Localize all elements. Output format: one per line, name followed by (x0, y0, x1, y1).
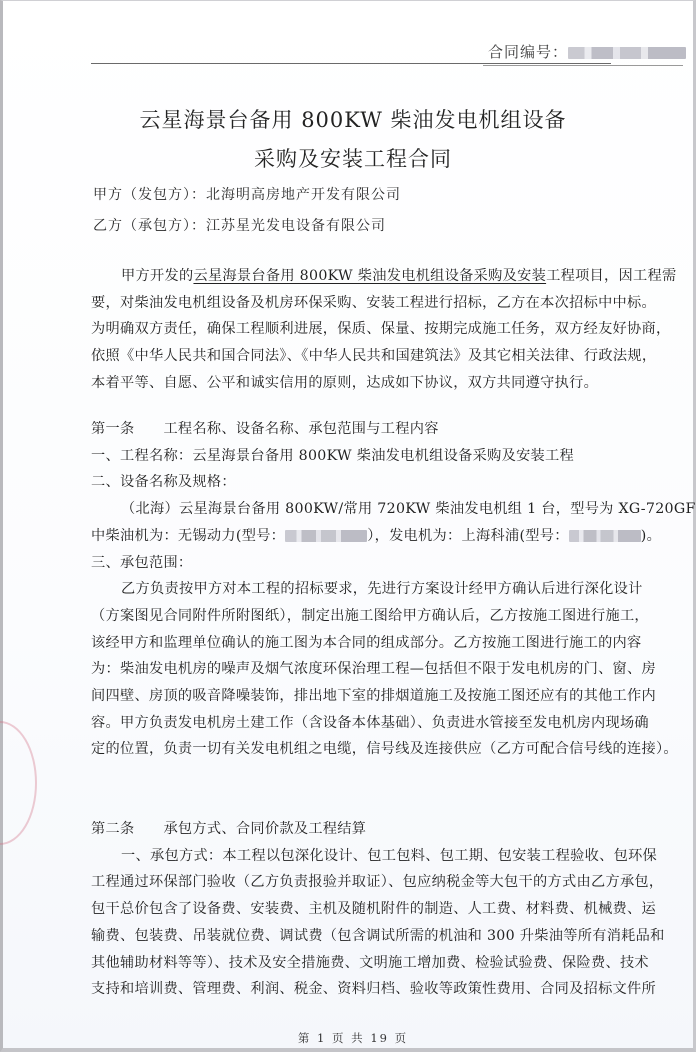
article-2-line-5: 其他辅助材料等等）、技术及安全措施费、文明施工增加费、检验试验费、保险费、技术 (91, 950, 683, 977)
article-2-heading: 第二条 承包方式、合同价款及工程结算 (91, 816, 683, 843)
spec-line-2-end: )。 (641, 528, 661, 544)
alternator-label: ），发电机为：上海科浦(型号： (367, 528, 569, 544)
scope-line-7: 定的位置，负责一切有关发电机组之电缆，信号线及连接供应（乙方可配合信号线的连接）… (91, 736, 683, 763)
engine-model-redacted (285, 530, 367, 542)
spec-line-2: 中柴油机为：无锡动力(型号：），发电机为：上海科浦(型号：)。 (91, 523, 683, 550)
document-page: 合同编号： 云星海景台备用 800KW 柴油发电机组设备 采购及安装工程合同 甲… (0, 0, 696, 1052)
contract-number: 合同编号： (488, 41, 686, 62)
header-rule (91, 63, 611, 64)
document-title-line1: 云星海景台备用 800KW 柴油发电机组设备 (3, 104, 700, 134)
scope-line-4: 为：柴油发电机房的噪声及烟气浓度环保治理工程—包括但不限于发电机房的门、窗、房 (91, 656, 683, 683)
header-rule-secondary (483, 65, 683, 66)
document-title-line2: 采购及安装工程合同 (3, 143, 700, 173)
article-1-heading: 第一条 工程名称、设备名称、承包范围与工程内容 (91, 416, 683, 443)
article-1: 第一条 工程名称、设备名称、承包范围与工程内容 一、工程名称：云星海景台备用 8… (91, 416, 683, 763)
intro-line-2: 要，对柴油发电机组设备及机房环保采购、安装工程进行招标，乙方在本次招标中中标。 (91, 290, 683, 317)
intro-prefix: 甲方开发的 (121, 268, 193, 284)
article-1-item-3: 三、承包范围： (91, 550, 683, 577)
intro-line-3: 为明确双方责任，确保工程顺利进展，保质、保量、按期完成施工任务，双方经友好协商， (91, 316, 683, 343)
article-2-line-6: 支持和培训费、管理费、利润、税金、资料归档、验收等政策性费用、合同及招标文件所 (91, 976, 683, 1003)
article-2-line-4: 输费、包装费、吊装就位费、调试费（包含调试所需的机油和 300 升柴油等所有消耗… (91, 923, 683, 950)
intro-line-1-rest: 工程项目，因工程需 (546, 268, 676, 284)
intro-line-4: 依照《中华人民共和国合同法》、《中华人民共和国建筑法》及其它相关法律、行政法规， (91, 343, 683, 370)
article-2-line-1: 一、承包方式：本工程以包深化设计、包工包料、包工期、包安装工程验收、包环保 (91, 843, 683, 870)
scope-line-2: （方案图见合同附件所附图纸），制定出施工图给甲方确认后，乙方按施工图进行施工， (91, 603, 683, 630)
contract-number-label: 合同编号： (488, 43, 568, 61)
scope-line-6: 容。甲方负责发电机房土建工作（含设备本体基础）、负责进水管接至发电机房内现场确 (91, 710, 683, 737)
article-1-item-1: 一、工程名称：云星海景台备用 800KW 柴油发电机组设备采购及安装工程 (91, 443, 683, 470)
red-seal-stamp (0, 721, 37, 845)
party-a: 甲方（发包方）：北海明高房地产开发有限公司 (93, 184, 401, 204)
scope-line-3: 该经甲方和监理单位确认的施工图为本合同的组成部分。乙方按施工图进行施工的内容 (91, 630, 683, 657)
intro-paragraph: 甲方开发的云星海景台备用 800KW 柴油发电机组设备采购及安装工程项目，因工程… (91, 263, 683, 397)
alternator-model-redacted (569, 530, 641, 542)
party-b: 乙方（承包方）：江苏星光发电设备有限公司 (93, 215, 386, 235)
engine-label: 中柴油机为：无锡动力(型号： (91, 528, 285, 544)
contract-number-redacted (568, 47, 686, 59)
scope-line-1: 乙方负责按甲方对本工程的招标要求，先进行方案设计经甲方确认后进行深化设计 (91, 576, 683, 603)
scope-line-5: 间四壁、房顶的吸音降噪装饰，排出地下室的排烟道施工及按施工图还应有的其他工作内 (91, 683, 683, 710)
article-2-line-3: 包干总价包含了设备费、安装费、主机及随机附件的制造、人工费、材料费、机械费、运 (91, 896, 683, 923)
intro-line-1: 甲方开发的云星海景台备用 800KW 柴油发电机组设备采购及安装工程项目，因工程… (91, 263, 683, 290)
article-2: 第二条 承包方式、合同价款及工程结算 一、承包方式：本工程以包深化设计、包工包料… (91, 816, 683, 1003)
intro-line-5: 本着平等、自愿、公平和诚实信用的原则，达成如下协议，双方共同遵守执行。 (91, 370, 683, 397)
page-indicator: 第 1 页 共 19 页 (3, 1030, 700, 1046)
article-2-line-2: 工程通过环保部门验收（乙方负责报验并取证）、包应纳税金等大包干的方式由乙方承包， (91, 869, 683, 896)
article-1-item-2: 二、设备名称及规格： (91, 469, 683, 496)
spec-line-1: （北海）云星海景台备用 800KW/常用 720KW 柴油发电机组 1 台，型号… (91, 496, 683, 523)
project-name-underlined: 云星海景台备用 800KW 柴油发电机组设备采购及安装 (193, 268, 546, 284)
